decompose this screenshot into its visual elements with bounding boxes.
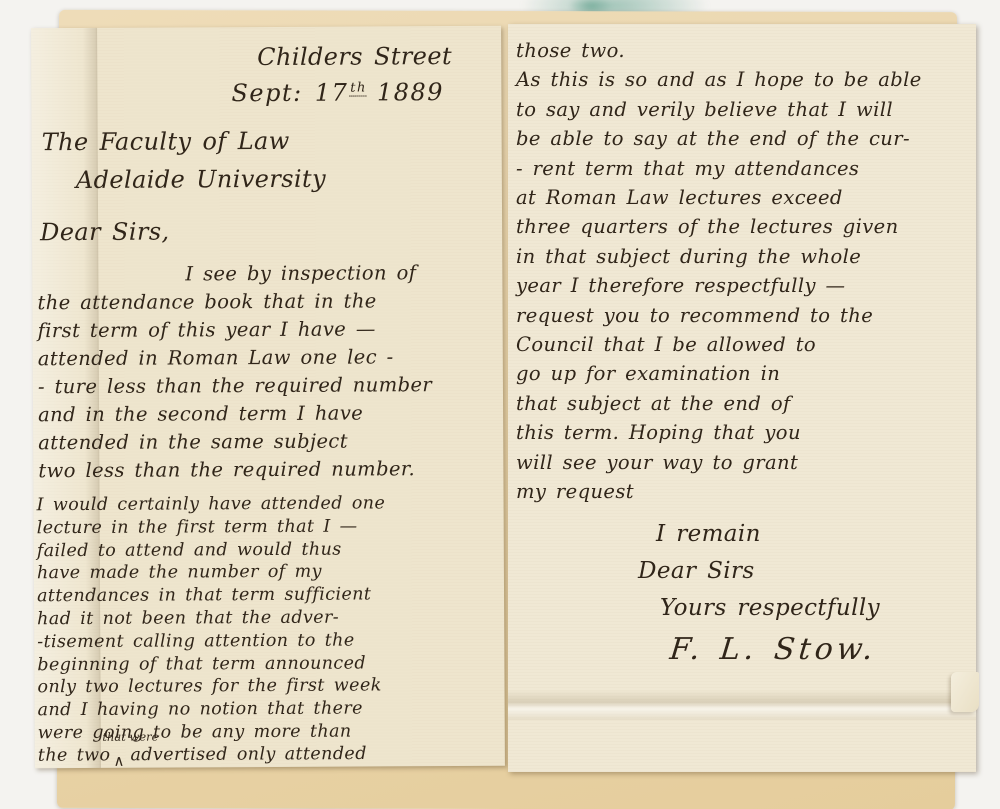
letter-page-1: Childers Street Sept: 17th1889 The Facul…: [31, 26, 505, 768]
last-line-pre: the two: [38, 745, 111, 765]
folded-corner: [951, 672, 979, 712]
handwritten-line: my request: [516, 477, 972, 506]
letter-heading: Childers Street Sept: 17th1889: [31, 42, 501, 108]
horizontal-fold-crease: [508, 690, 976, 720]
salutation: Dear Sirs,: [40, 218, 170, 247]
paragraph-1: I see by inspection ofthe attendance boo…: [37, 259, 500, 485]
handwritten-line: Council that I be allowed to: [516, 330, 972, 359]
handwritten-line: lecture in the first term that I —: [37, 515, 501, 540]
handwritten-line: - rent term that my attendances: [516, 154, 972, 183]
caret-icon: ∧: [113, 752, 124, 770]
handwritten-line: only two lectures for the first week: [37, 674, 501, 699]
last-line-post: advertised only attended: [130, 744, 366, 765]
last-line-with-insertion: the twothat were∧advertised only attende…: [38, 741, 367, 765]
recipient-line-1: The Faculty of Law: [42, 127, 326, 156]
handwritten-line: had it not been that the adver-: [37, 606, 501, 631]
handwritten-line: failed to attend and would thus: [37, 537, 501, 562]
handwritten-line: -tisement calling attention to the: [37, 629, 501, 654]
recipient-block: The Faculty of Law Adelaide University: [42, 127, 326, 194]
handwritten-line: will see your way to grant: [516, 448, 972, 477]
handwritten-line: year I therefore respectfully —: [516, 271, 972, 300]
handwritten-line: attendances in that term sufficient: [37, 583, 501, 608]
inserted-text: that were: [102, 730, 158, 744]
handwritten-line: three quarters of the lectures given: [516, 212, 972, 241]
handwritten-line: those two.: [516, 36, 972, 65]
handwritten-line: I remain: [656, 516, 976, 553]
handwritten-line: I see by inspection of: [37, 259, 499, 289]
handwritten-line: to say and verily believe that I will: [516, 95, 972, 124]
recipient-line-2: Adelaide University: [42, 165, 326, 194]
date-line: Sept: 17th1889: [31, 78, 501, 108]
handwritten-line: first term of this year I have —: [38, 315, 500, 345]
date-year: 1889: [377, 78, 444, 106]
paragraph-2: I would certainly have attended onelectu…: [37, 492, 502, 745]
handwritten-line: Yours respectfully: [660, 590, 976, 627]
handwritten-line: As this is so and as I hope to be able: [516, 65, 972, 94]
page2-body: those two.As this is so and as I hope to…: [516, 36, 972, 507]
closing-block: I remainDear SirsYours respectfully: [508, 516, 976, 627]
handwritten-line: go up for examination in: [516, 359, 972, 388]
handwritten-line: be able to say at the end of the cur-: [516, 124, 972, 153]
handwritten-line: I would certainly have attended one: [37, 492, 501, 517]
handwritten-line: the attendance book that in the: [37, 287, 499, 317]
handwritten-line: and I having no notion that there: [38, 697, 502, 722]
insertion-mark: that were∧: [110, 743, 130, 761]
handwritten-line: that subject at the end of: [516, 389, 972, 418]
handwritten-line: beginning of that term announced: [37, 651, 501, 676]
handwritten-line: Dear Sirs: [638, 553, 976, 590]
handwritten-line: request you to recommend to the: [516, 301, 972, 330]
date-ordinal-suffix: th: [350, 80, 367, 95]
handwritten-line: at Roman Law lectures exceed: [516, 183, 972, 212]
scanned-letter: Childers Street Sept: 17th1889 The Facul…: [0, 0, 1000, 809]
letter-page-2: those two.As this is so and as I hope to…: [508, 24, 976, 772]
handwritten-line: this term. Hoping that you: [516, 418, 972, 447]
address-line: Childers Street: [31, 42, 501, 72]
handwritten-line: attended in Roman Law one lec -: [38, 343, 500, 373]
handwritten-line: and in the second term I have: [38, 399, 500, 429]
handwritten-line: two less than the required number.: [38, 455, 500, 485]
handwritten-line: - ture less than the required number: [38, 371, 500, 401]
handwritten-line: in that subject during the whole: [516, 242, 972, 271]
signature: F. L. Stow.: [668, 632, 878, 667]
handwritten-line: attended in the same subject: [38, 427, 500, 457]
date-day: Sept: 17: [231, 79, 348, 108]
handwritten-line: have made the number of my: [37, 560, 501, 585]
